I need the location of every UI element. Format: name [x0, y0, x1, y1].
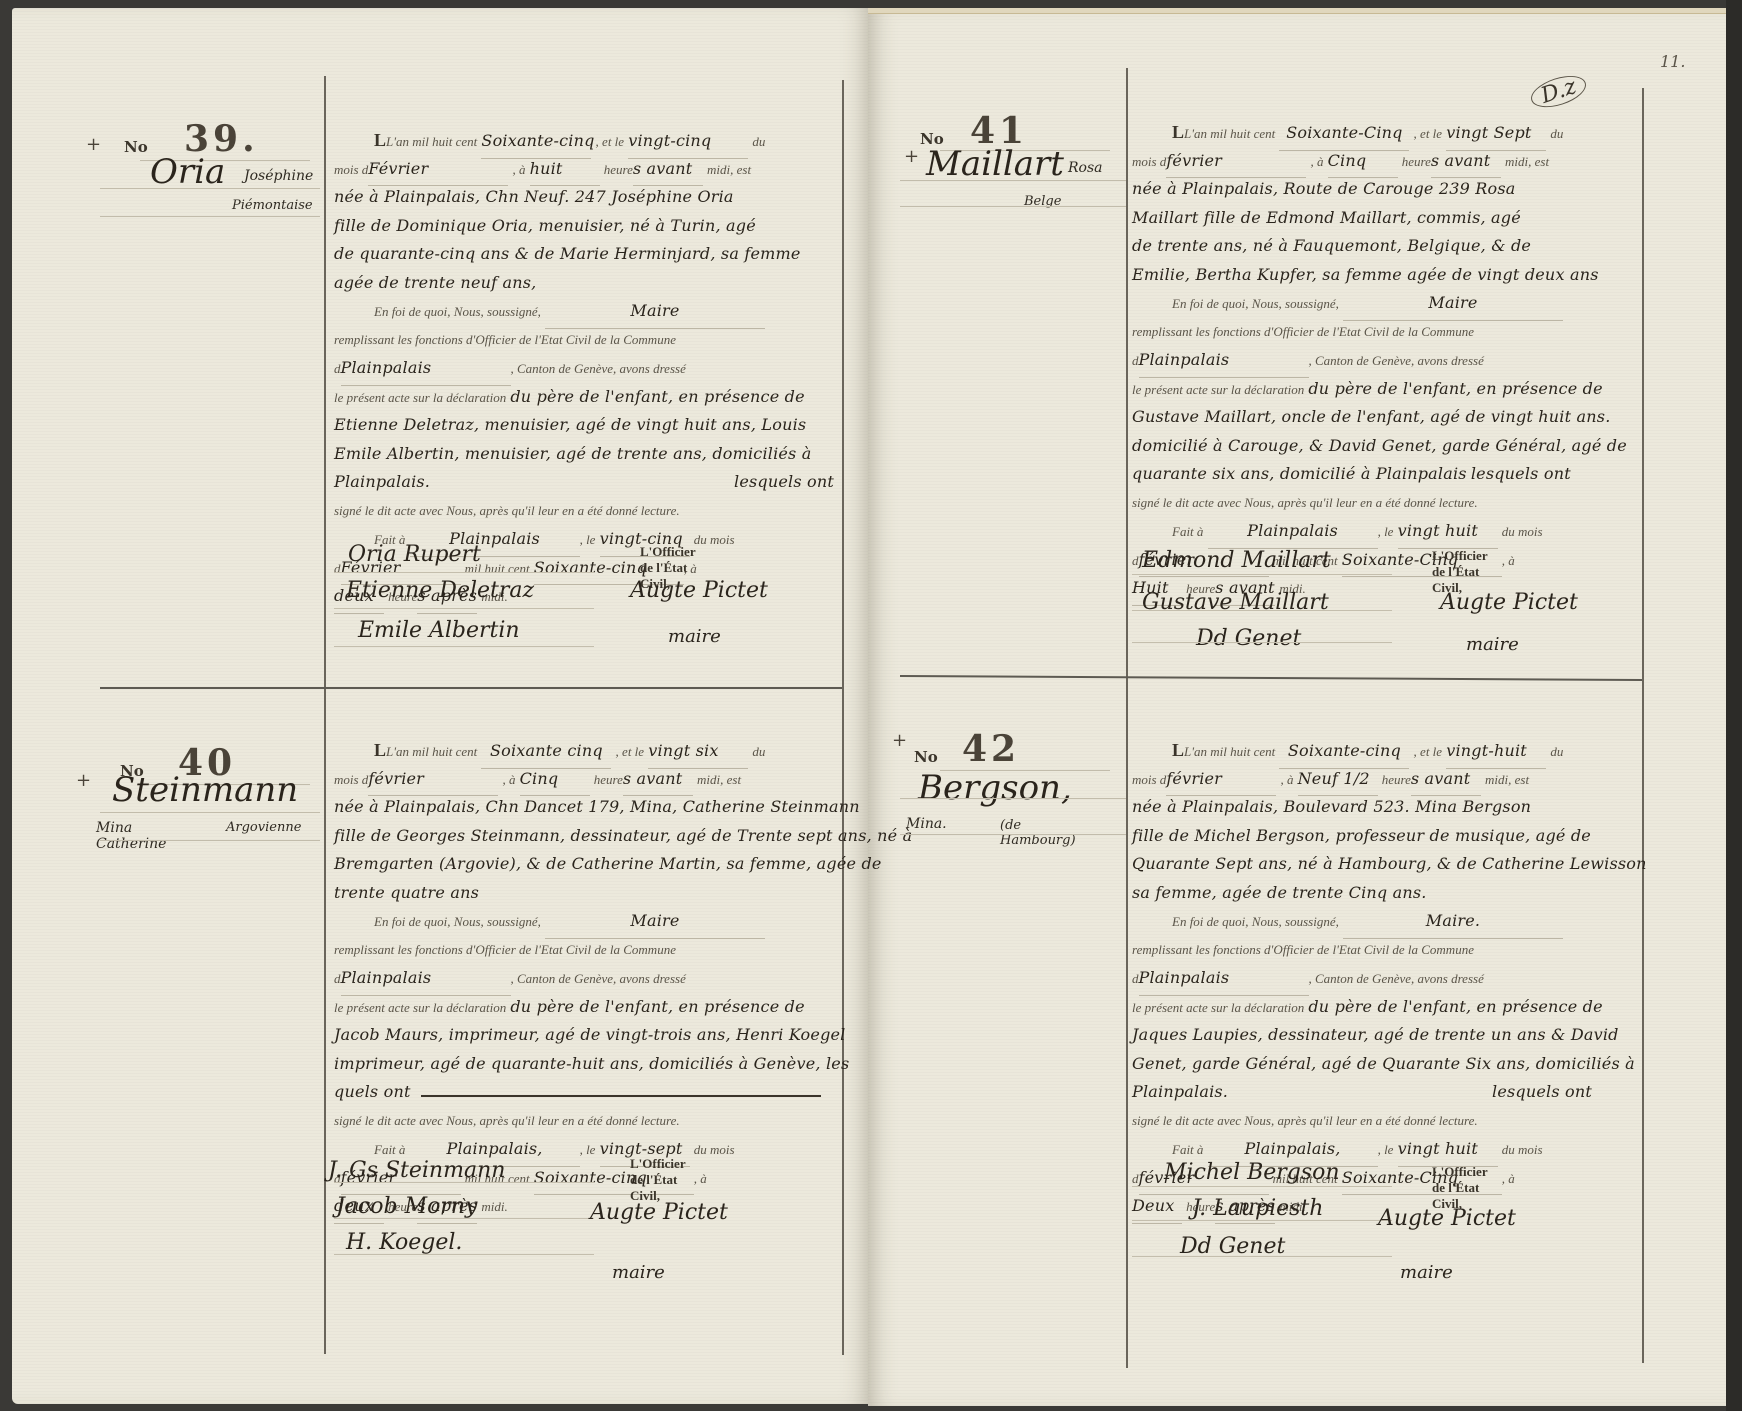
- birth-place-line: née à Plainpalais, Route de Carouge 239 …: [1132, 179, 1516, 198]
- commune-field: Plainpalais: [341, 358, 432, 377]
- witnesses-line: Jaques Laupies, dessinateur, agé de tren…: [1132, 1025, 1619, 1044]
- declaration-field: du père de l'enfant, en présence de: [510, 387, 804, 406]
- signature: Etienne Deletraz: [346, 578, 534, 603]
- hour-field: Cinq: [520, 769, 559, 788]
- entry-origin: Argovienne: [226, 820, 301, 835]
- signature: Emile Albertin: [358, 618, 520, 643]
- entry-surname: Oria: [150, 152, 225, 192]
- entry-given-name: Rosa: [1068, 160, 1103, 176]
- entry-body: LL'an mil huit cent Soixante-cinq , et l…: [334, 126, 864, 611]
- day-field: vingt-cinq: [628, 131, 711, 150]
- officer-role: Maire: [630, 301, 679, 320]
- fait-place-field: Plainpalais: [1247, 521, 1338, 540]
- year-field: Soixante cinq: [490, 741, 603, 760]
- signature: Dd Genet: [1196, 626, 1301, 651]
- signature: Michel Bergson: [1164, 1160, 1340, 1185]
- commune-field: Plainpalais: [1139, 968, 1230, 987]
- year-field: Soixante-cinq: [1288, 741, 1401, 760]
- officer-role: Maire.: [1426, 911, 1480, 930]
- fait-place-field: Plainpalais,: [447, 1139, 543, 1158]
- day-field: vingt-huit: [1446, 741, 1527, 760]
- page-top-edge: [868, 8, 1726, 14]
- signature: J. Gs Steinmann: [328, 1158, 505, 1183]
- signature: J. Laupiesth: [1192, 1196, 1323, 1221]
- day-field: vingt six: [648, 741, 718, 760]
- parents-line: Maillart fille de Edmond Maillart, commi…: [1132, 208, 1521, 227]
- entry-given-name: Joséphine: [244, 168, 313, 184]
- month-field: Février: [368, 159, 428, 178]
- entry-surname: Maillart: [926, 144, 1064, 184]
- cross-mark-icon: +: [86, 134, 101, 155]
- commune-field: Plainpalais: [1139, 350, 1230, 369]
- entry-origin: (de Hambourg): [1000, 818, 1076, 848]
- entry-origin: Piémontaise: [232, 198, 313, 213]
- entry-surname: Bergson,: [918, 768, 1072, 808]
- officer-role: Maire: [1428, 293, 1477, 312]
- parents-line: fille de Michel Bergson, professeur de m…: [1132, 826, 1591, 845]
- entry-number-label: No: [914, 748, 938, 766]
- cross-mark-icon: +: [76, 770, 91, 791]
- page-number: 11.: [1660, 52, 1685, 71]
- cross-mark-icon: +: [904, 146, 919, 167]
- hour-field: Cinq: [1328, 151, 1367, 170]
- declaration-field: du père de l'enfant, en présence de: [510, 997, 804, 1016]
- year-field: Soixante-Cinq: [1286, 123, 1402, 142]
- parents-line: fille de Dominique Oria, menuisier, né à…: [334, 216, 756, 235]
- book-edge: [1726, 0, 1742, 1411]
- signature: Jacob Morny: [336, 1194, 477, 1219]
- entry-given-name: Mina Catherine: [96, 820, 166, 852]
- birth-place-line: née à Plainpalais, Boulevard 523. Mina B…: [1132, 797, 1531, 816]
- entry-number: 42: [962, 728, 1020, 770]
- officer-signature-role: maire: [668, 626, 721, 647]
- entry-number-label: No: [124, 138, 148, 156]
- year-field: Soixante-cinq: [481, 131, 594, 150]
- declaration-field: du père de l'enfant, en présence de: [1308, 997, 1602, 1016]
- month-field: février: [368, 769, 424, 788]
- entry-separator-left: [100, 687, 842, 689]
- signature: Gustave Maillart: [1142, 590, 1329, 615]
- officer-signature-role: maire: [612, 1262, 665, 1283]
- witnesses-line: Jacob Maurs, imprimeur, agé de vingt-tro…: [334, 1025, 846, 1044]
- parents-line: fille de Georges Steinmann, dessinateur,…: [334, 826, 912, 845]
- hour-field: huit: [530, 159, 563, 178]
- month-field: février: [1166, 151, 1222, 170]
- officer-signature: Augte Pictet: [630, 578, 768, 603]
- officer-signature: Augte Pictet: [590, 1200, 728, 1225]
- cross-mark-icon: +: [892, 730, 907, 751]
- day-field: vingt Sept: [1446, 123, 1531, 142]
- officer-title: L'Officier de l'État Civil,: [1432, 548, 1487, 596]
- commune-field: Plainpalais: [341, 968, 432, 987]
- fait-place-field: Plainpalais,: [1245, 1139, 1341, 1158]
- entry-given-name: Mina.: [906, 816, 947, 832]
- entry-surname: Steinmann: [112, 770, 298, 810]
- officer-title: L'Officier de l'État Civil,: [1432, 1164, 1487, 1212]
- birth-place-line: née à Plainpalais, Chn Neuf. 247 Joséphi…: [334, 187, 734, 206]
- margin-divider-right: [1126, 68, 1128, 1368]
- margin-divider-left: [324, 76, 326, 1354]
- officer-signature-role: maire: [1466, 634, 1519, 655]
- officer-signature: Augte Pictet: [1378, 1206, 1516, 1231]
- officer-title: L'Officier de l'État Civil,: [630, 1156, 685, 1204]
- officer-signature: Augte Pictet: [1440, 590, 1578, 615]
- officer-signature-role: maire: [1400, 1262, 1453, 1283]
- entry-body: LL'an mil huit cent Soixante cinq , et l…: [334, 736, 864, 1221]
- signature: H. Koegel.: [346, 1230, 462, 1255]
- signature: Oria Rupert: [348, 542, 481, 567]
- hour-field: Neuf 1/2: [1298, 769, 1370, 788]
- entry-body: LL'an mil huit cent Soixante-Cinq , et l…: [1132, 118, 1662, 603]
- witnesses-line: Etienne Deletraz, menuisier, agé de ving…: [334, 415, 806, 434]
- signature: Edmond Maillart: [1142, 548, 1331, 573]
- birth-place-line: née à Plainpalais, Chn Dancet 179, Mina,…: [334, 797, 860, 816]
- entry-body: LL'an mil huit cent Soixante-cinq , et l…: [1132, 736, 1662, 1221]
- witnesses-line: Gustave Maillart, oncle de l'enfant, agé…: [1132, 407, 1610, 426]
- month-field: février: [1166, 769, 1222, 788]
- declaration-field: du père de l'enfant, en présence de: [1308, 379, 1602, 398]
- officer-role: Maire: [630, 911, 679, 930]
